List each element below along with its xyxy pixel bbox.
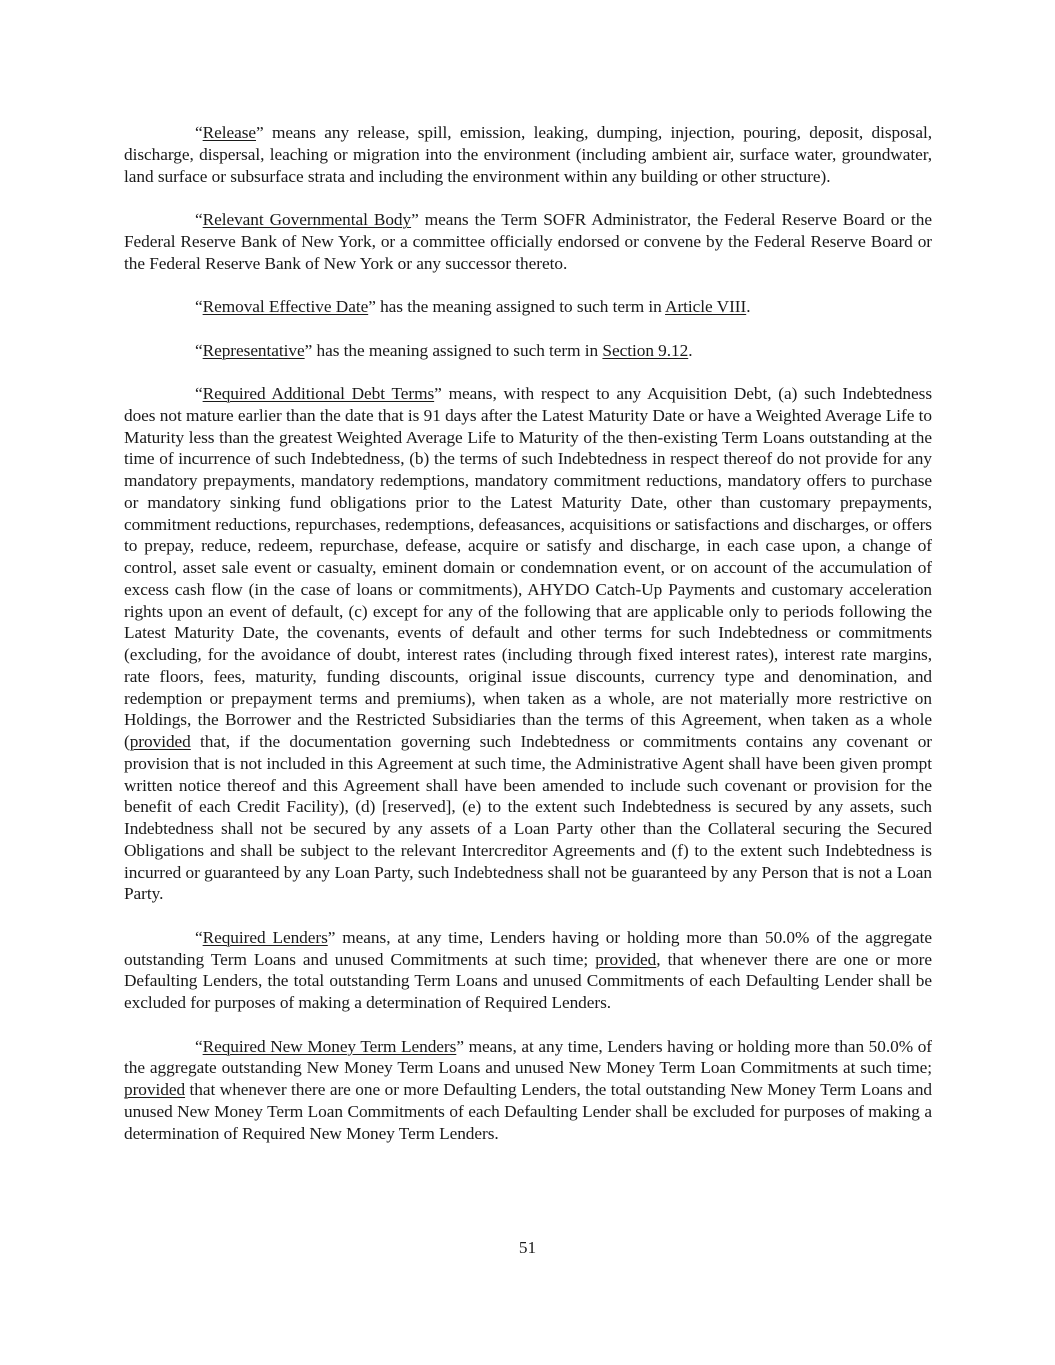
- page-number: 51: [0, 1237, 1055, 1259]
- document-page: “Release” means any release, spill, emis…: [124, 122, 932, 1166]
- defined-term: Release: [203, 123, 256, 142]
- definition-required-additional-debt-terms: “Required Additional Debt Terms” means, …: [124, 383, 932, 905]
- provided-keyword: provided: [595, 950, 656, 969]
- defined-term: Representative: [203, 341, 305, 360]
- provided-keyword: provided: [130, 732, 191, 751]
- defined-term: Required New Money Term Lenders: [203, 1037, 457, 1056]
- provided-keyword: provided: [124, 1080, 185, 1099]
- defined-term: Required Additional Debt Terms: [203, 384, 435, 403]
- defined-term: Removal Effective Date: [203, 297, 369, 316]
- definition-required-new-money-term-lenders: “Required New Money Term Lenders” means,…: [124, 1036, 932, 1145]
- defined-term: Required Lenders: [203, 928, 328, 947]
- cross-reference-article-viii: Article VIII: [665, 297, 746, 316]
- defined-term: Relevant Governmental Body: [203, 210, 411, 229]
- cross-reference-section-9-12: Section 9.12: [602, 341, 688, 360]
- definition-relevant-governmental-body: “Relevant Governmental Body” means the T…: [124, 209, 932, 274]
- definition-required-lenders: “Required Lenders” means, at any time, L…: [124, 927, 932, 1014]
- definition-representative: “Representative” has the meaning assigne…: [124, 340, 932, 362]
- definition-release: “Release” means any release, spill, emis…: [124, 122, 932, 187]
- definition-removal-effective-date: “Removal Effective Date” has the meaning…: [124, 296, 932, 318]
